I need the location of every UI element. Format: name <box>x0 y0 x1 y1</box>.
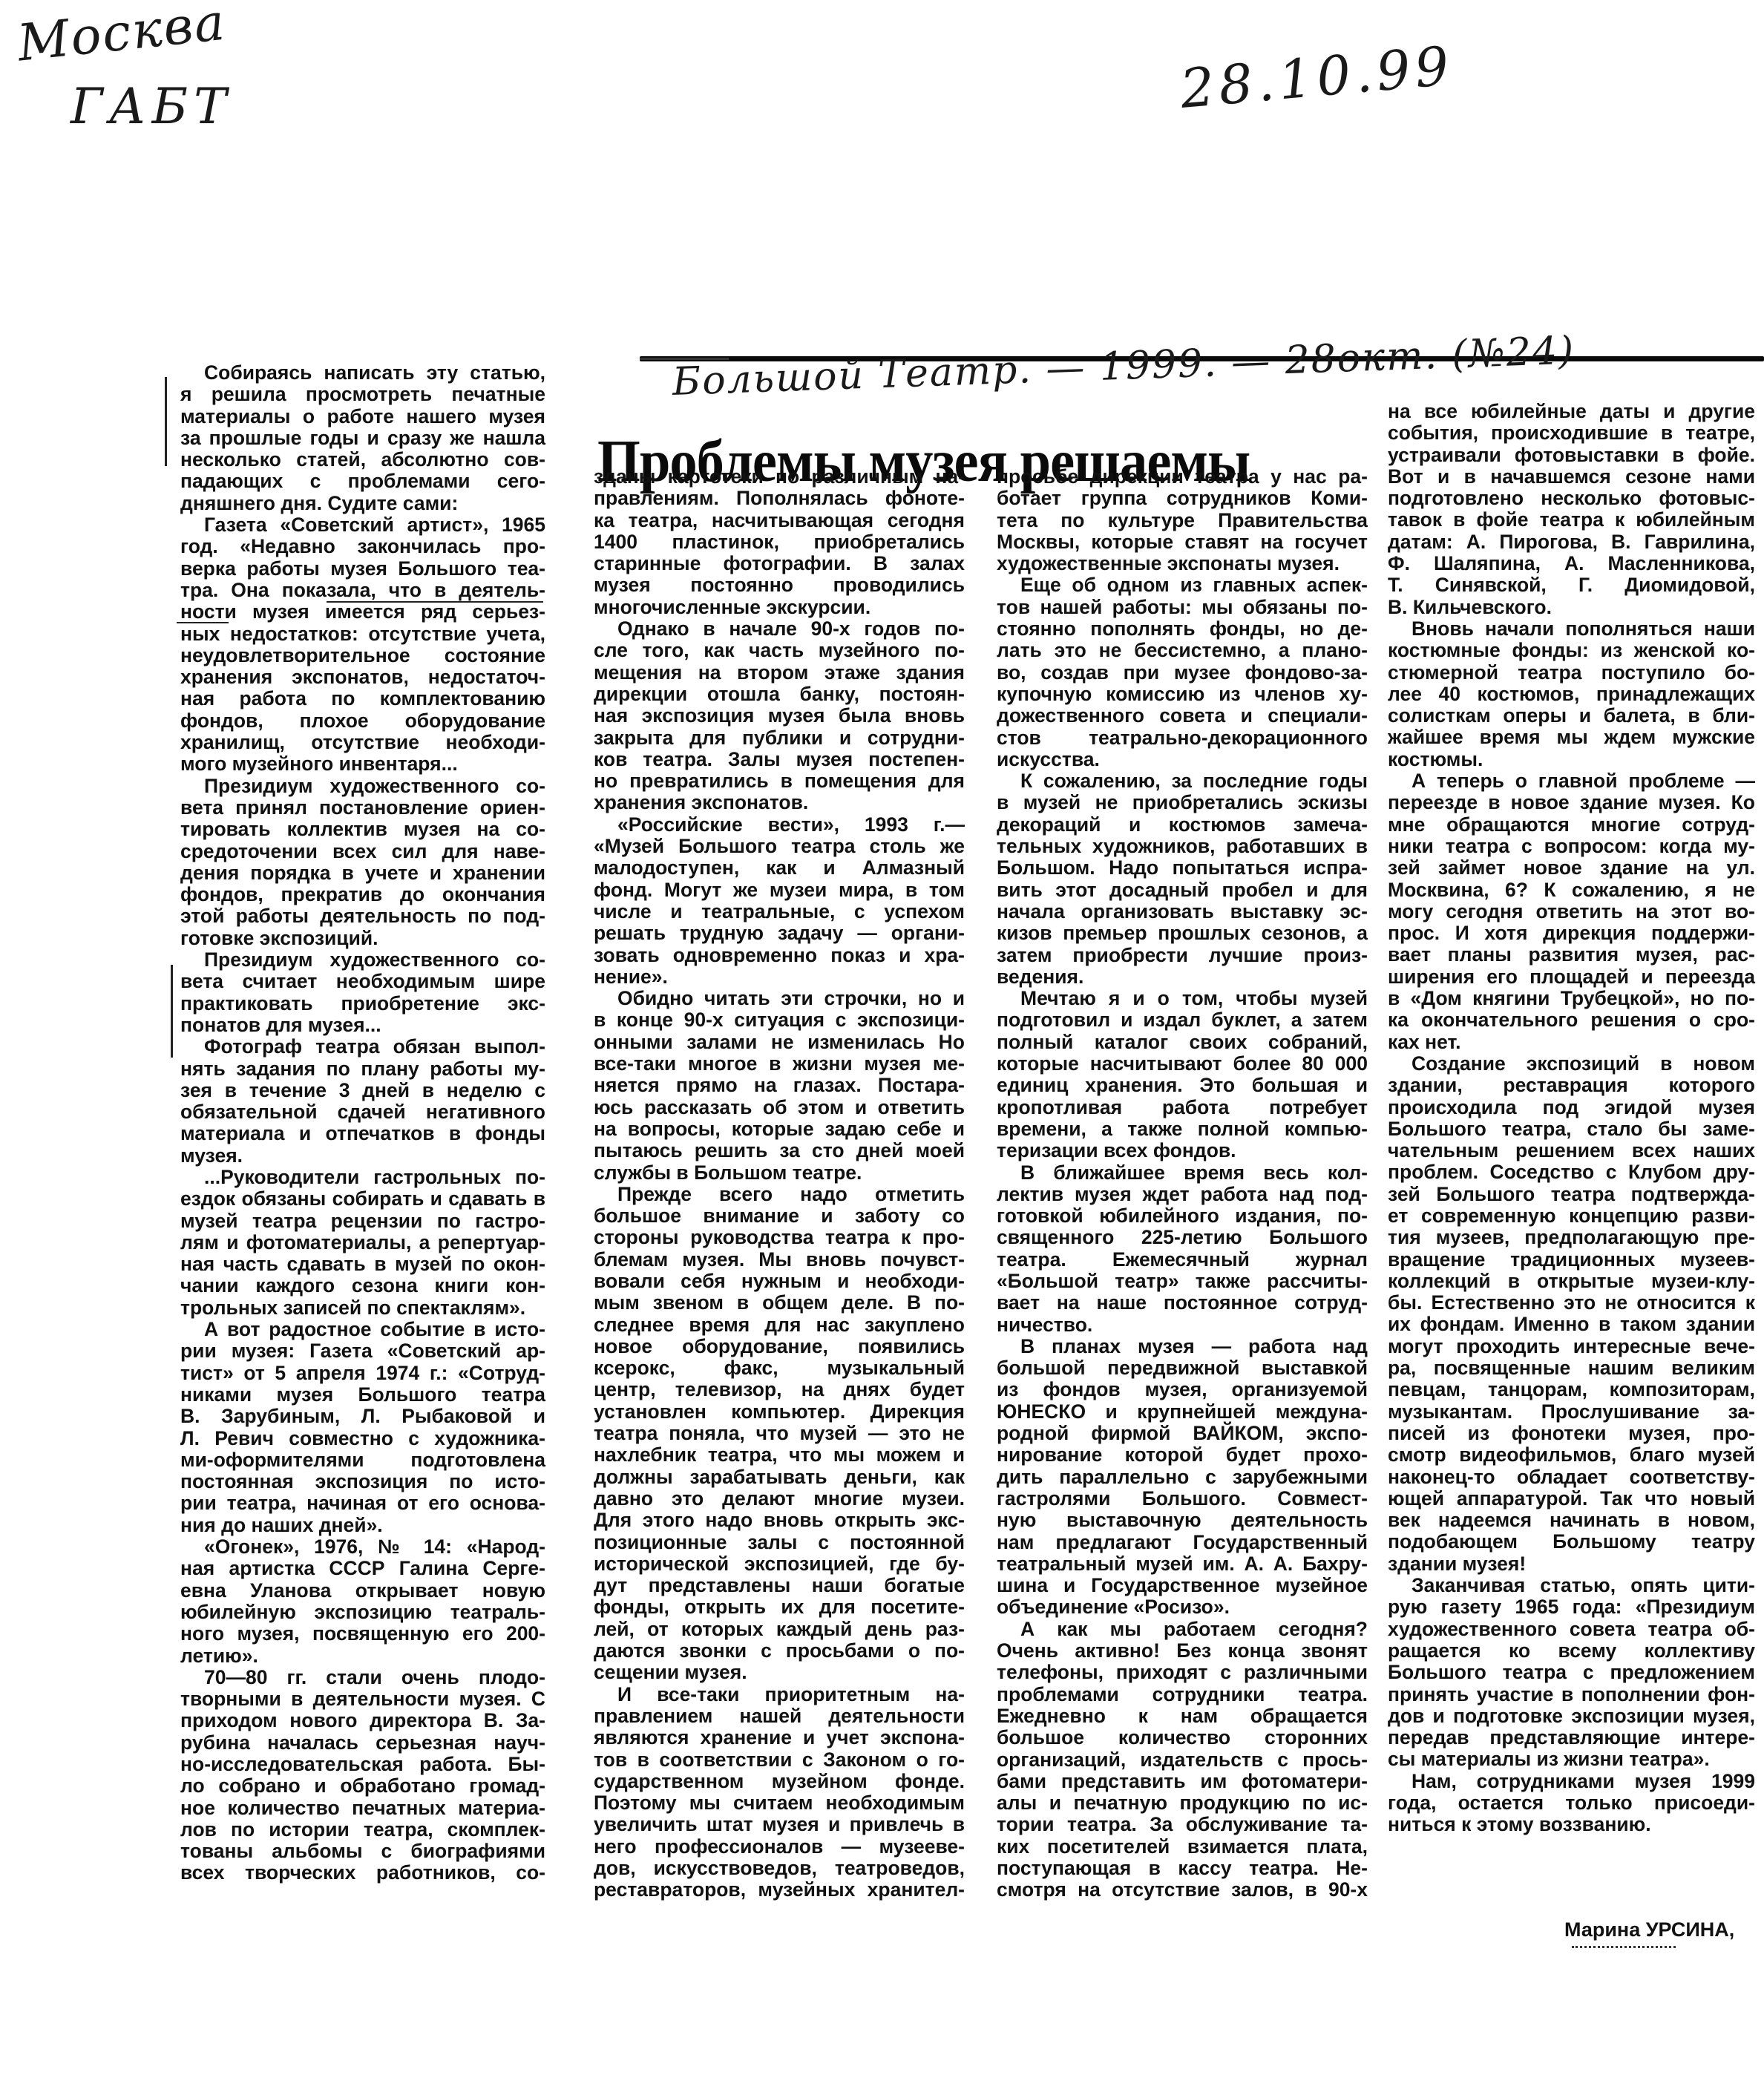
text-line: ми-оформителями подготовлена <box>180 1449 545 1471</box>
text-line: ширения его площадей и переезда <box>1388 966 1755 988</box>
text-line: подготовил и издал буклет, а затем <box>997 1009 1368 1031</box>
margin-mark <box>171 965 173 1058</box>
text-line: приходом нового директора В. За- <box>180 1710 545 1731</box>
text-line: ка театра, насчитывающая сегодня <box>594 510 965 531</box>
text-line: их фондам. Именно в таком здании <box>1388 1314 1755 1335</box>
text-line: верка работы музея Большого теа- <box>180 558 545 580</box>
text-line: театральный музей им. А. А. Бахру- <box>997 1553 1368 1575</box>
text-line: позиционные залы с постоянной <box>594 1532 965 1553</box>
text-line: Ежедневно к нам обращается <box>997 1705 1368 1727</box>
text-line: единиц хранения. Это большая и <box>997 1075 1368 1096</box>
text-line: являются хранение и учет экспона- <box>594 1727 965 1748</box>
text-line: из фондов музея, организуемой <box>997 1379 1368 1400</box>
text-line: ...Руководители гастрольных по- <box>180 1167 545 1188</box>
text-line: года, остается только присоеди- <box>1388 1792 1755 1814</box>
text-line: службы в Большом театре. <box>594 1162 965 1184</box>
text-line: шина и Государственное музейное <box>997 1575 1368 1596</box>
text-line: за прошлые годы и сразу же нашла <box>180 427 545 449</box>
text-line: художественные экспонаты музея. <box>997 553 1368 574</box>
text-line: происходила под эгидой музея <box>1388 1097 1755 1118</box>
text-line: ков театра. Залы музея постепен- <box>594 749 965 770</box>
text-line: следнее время для нас закуплено <box>594 1314 965 1336</box>
text-line: малодоступен, как и Алмазный <box>594 857 965 879</box>
article-column-4: на все юбилейные даты и другиесобытия, п… <box>1388 401 1755 1836</box>
text-line: В планах музея — работа над <box>997 1336 1368 1357</box>
text-line: вращение традиционных музеев- <box>1388 1249 1755 1271</box>
text-line: Обидно читать эти строчки, но и <box>594 988 965 1009</box>
text-line: музея постоянно проводились <box>594 574 965 596</box>
text-line: Газета «Советский артист», 1965 <box>180 514 545 536</box>
text-line: дирекции отошла банку, постоян- <box>594 684 965 705</box>
text-line: нам предлагают Государственный <box>997 1532 1368 1553</box>
text-line: во, создав при музее фондово-за- <box>997 662 1368 684</box>
text-line: но превратились в помещения для <box>594 770 965 792</box>
text-line: «Большой театр» также рассчиты- <box>997 1271 1368 1292</box>
text-line: увеличить штат музея и привлечь в <box>594 1814 965 1835</box>
text-line: несколько статей, абсолютно сов- <box>180 449 545 471</box>
text-line: Еще об одном из главных аспек- <box>997 574 1368 596</box>
text-line: музыкантам. Прослушивание за- <box>1388 1401 1755 1423</box>
text-line: священного 225-летию Большого <box>997 1227 1368 1248</box>
text-line: тории театра. За обслуживание та- <box>997 1814 1368 1835</box>
text-line: ет современную концепцию разви- <box>1388 1205 1755 1227</box>
text-line: век надеемся начинать в новом, <box>1388 1510 1755 1531</box>
text-line: всех творческих работников, со- <box>180 1862 545 1884</box>
text-line: даются звонки с просьбами о по- <box>594 1640 965 1662</box>
text-line: И все-таки приоритетным на- <box>594 1684 965 1705</box>
text-line: чании каждого сезона книги кон- <box>180 1275 545 1297</box>
text-line: жайшее время мы ждем мужские <box>1388 727 1755 748</box>
text-line: чательным решением всех наших <box>1388 1140 1755 1161</box>
text-line: кизов премьер прошлых сезонов, а <box>997 922 1368 944</box>
text-line: хранения экспонатов, недостаточ- <box>180 666 545 688</box>
text-line: тист» от 5 апреля 1974 г.: «Сотруд- <box>180 1363 545 1384</box>
text-line: хранилищ, отсутствие необходи- <box>180 732 545 753</box>
text-line: неудовлетворительное состояние <box>180 645 545 666</box>
text-line: лектив музея ждет работа над под- <box>997 1184 1368 1205</box>
text-line: ка окончательного решения о сро- <box>1388 1009 1755 1031</box>
text-line: ких посетителей взимается плата, <box>997 1836 1368 1858</box>
text-line: зовать одновременно показ и хра- <box>594 945 965 966</box>
text-line: передав представляющие интере- <box>1388 1727 1755 1748</box>
text-line: материала и отпечатков в фонды <box>180 1123 545 1144</box>
text-line: писей из фонотеки музея, про- <box>1388 1423 1755 1444</box>
text-line: ного музея, посвященную его 200- <box>180 1623 545 1645</box>
text-line: Нам, сотрудниками музея 1999 <box>1388 1771 1755 1792</box>
text-line: Для этого надо вновь открыть экс- <box>594 1510 965 1531</box>
text-line: дут представлены наши богатые <box>594 1575 965 1596</box>
text-line: Вот и в начавшемся сезоне нами <box>1388 466 1755 488</box>
text-line: старинные фотографии. В залах <box>594 553 965 574</box>
text-line: 1400 пластинок, приобретались <box>594 531 965 553</box>
article-column-2: зданы картотеки по различным на-правлени… <box>594 466 965 1901</box>
text-line: Т. Синявской, Г. Диомидовой, <box>1388 574 1755 596</box>
text-line: ЮНЕСКО и крупнейшей междуна- <box>997 1401 1368 1423</box>
text-line: коллекций в открытые музеи-клу- <box>1388 1271 1755 1292</box>
text-line: рии музея: Газета «Советский ар- <box>180 1340 545 1362</box>
article-column-1: Собираясь написать эту статью,я решила п… <box>180 362 545 1884</box>
text-line: театра поняла, что музей — это не <box>594 1423 965 1444</box>
text-line: Ф. Шаляпина, А. Масленникова, <box>1388 553 1755 574</box>
handwritten-organization: ГАБТ <box>71 78 232 135</box>
text-line: времени, а также полной компью- <box>997 1118 1368 1140</box>
text-line: должны зарабатывать деньги, как <box>594 1466 965 1488</box>
text-line: ло собрано и обработано громад- <box>180 1775 545 1797</box>
text-line: ведения. <box>997 966 1368 988</box>
text-line: могут проходить интересные вече- <box>1388 1336 1755 1357</box>
text-line: Большого театра с предложением <box>1388 1662 1755 1683</box>
text-line: я решила просмотреть печатные <box>180 384 545 405</box>
text-line: ксерокс, факс, музыкальный <box>594 1357 965 1379</box>
text-line: юбилейную экспозицию театраль- <box>180 1602 545 1623</box>
text-line: костюмы. <box>1388 749 1755 770</box>
text-line: этой работы деятельность по под- <box>180 905 545 927</box>
text-line: пытаюсь решить за сто дней моей <box>594 1140 965 1161</box>
text-line: никами музея Большого театра <box>180 1384 545 1406</box>
text-line: сле того, как часть музейного по- <box>594 640 965 661</box>
text-line: зей займет новое здание на ул. <box>1388 857 1755 879</box>
text-line: 70—80 гг. стали очень плодо- <box>180 1667 545 1688</box>
text-line: в «Дом княгини Трубецкой», но по- <box>1388 988 1755 1009</box>
text-line: год. «Недавно закончилась про- <box>180 536 545 557</box>
text-line: вета считает необходимым шире <box>180 971 545 992</box>
text-line: лей, от которых каждый день раз- <box>594 1619 965 1640</box>
text-line: тованы альбомы с биографиями <box>180 1841 545 1862</box>
text-line: тета по культуре Правительства <box>997 510 1368 531</box>
text-line: на вопросы, которые задаю себе и <box>594 1118 965 1140</box>
text-line: гастролями Большого. Совмест- <box>997 1488 1368 1510</box>
text-line: зданы картотеки по различным на- <box>594 466 965 488</box>
text-line: начала организовать выставку эс- <box>997 901 1368 922</box>
text-line: В. Кильчевского. <box>1388 597 1755 618</box>
text-line: обязательной сдачей негативного <box>180 1101 545 1123</box>
text-line: алы и печатную продукцию по ис- <box>997 1792 1368 1814</box>
text-line: Президиум художественного со- <box>180 776 545 797</box>
text-line: датам: А. Пирогова, В. Гаврилина, <box>1388 531 1755 553</box>
text-line: тия музеев, предполагающую пре- <box>1388 1227 1755 1248</box>
text-line: ники театра с вопросом: когда му- <box>1388 836 1755 857</box>
text-line: трольных записей по спектаклям». <box>180 1297 545 1319</box>
text-line: певцам, танцорам, композиторам, <box>1388 1379 1755 1400</box>
text-line: подобающем Большому театру <box>1388 1531 1755 1553</box>
text-line: купочную комиссию из членов ху- <box>997 684 1368 705</box>
text-line: лям и фотоматериалы, а репертуар- <box>180 1232 545 1253</box>
text-line: вает на наше постоянное сотруд- <box>997 1292 1368 1314</box>
text-line: няется прямо на глазах. Постара- <box>594 1075 965 1096</box>
text-line: реставраторов, музейных хранител- <box>594 1879 965 1901</box>
text-line: ное количество печатных материа- <box>180 1797 545 1819</box>
text-line: нение». <box>594 966 965 988</box>
text-line: большой передвижной выставкой <box>997 1357 1368 1379</box>
text-line: лать это не бессистемно, а плано- <box>997 640 1368 661</box>
text-line: Прежде всего надо отметить <box>594 1184 965 1205</box>
text-line: лов по истории театра, скомплек- <box>180 1819 545 1841</box>
text-line: большое количество сторонних <box>997 1727 1368 1748</box>
text-line: ная экспозиция музея была вновь <box>594 705 965 727</box>
text-line: творными в деятельности музея. С <box>180 1688 545 1710</box>
text-line: музея. <box>180 1145 545 1167</box>
text-line: в музей не приобретались эскизы <box>997 792 1368 813</box>
text-line: могу сегодня ответить на этот во- <box>1388 901 1755 922</box>
text-line: декораций и костюмов замеча- <box>997 814 1368 836</box>
text-line: тов нашей работы: мы обязаны по- <box>997 597 1368 618</box>
text-line: фонд. Могут же музеи мира, в том <box>594 879 965 901</box>
text-line: готовкой юбилейного издания, по- <box>997 1205 1368 1227</box>
text-line: А вот радостное событие в исто- <box>180 1319 545 1340</box>
text-line: вовали себя нужным и необходи- <box>594 1271 965 1292</box>
text-line: него профессионалов — музееве- <box>594 1836 965 1858</box>
text-line: Вновь начали пополняться наши <box>1388 618 1755 640</box>
text-line: А теперь о главной проблеме — <box>1388 770 1755 792</box>
text-line: вает планы развития музея, рас- <box>1388 944 1755 966</box>
text-line: мне обращаются многие сотруд- <box>1388 814 1755 836</box>
text-line: Поэтому мы считаем необходимым <box>594 1792 965 1814</box>
text-line: давно это делают многие музеи. <box>594 1488 965 1510</box>
text-line: летию». <box>180 1645 545 1667</box>
text-line: «Огонек», 1976, № 14: «Народ- <box>180 1536 545 1558</box>
text-line: дения порядка в учете и хранении <box>180 862 545 884</box>
text-line: большое внимание и заботу со <box>594 1205 965 1227</box>
text-line: проблем. Соседство с Клубом дру- <box>1388 1161 1755 1183</box>
text-line: сы материалы из жизни театра». <box>1388 1748 1755 1770</box>
text-line: падающих с проблемами сего- <box>180 471 545 492</box>
text-line: наконец-то обладает соответству- <box>1388 1466 1755 1488</box>
text-line: художественного совета театра об- <box>1388 1619 1755 1640</box>
text-line: объединение «Росизо». <box>997 1596 1368 1618</box>
text-line: ниться к этому воззванию. <box>1388 1814 1755 1835</box>
text-line: Л. Ревич совместно с художника- <box>180 1428 545 1449</box>
text-line: но-исследовательская работа. Бы- <box>180 1754 545 1775</box>
text-line: онными залами не изменилась Но <box>594 1032 965 1053</box>
text-line: на все юбилейные даты и другие <box>1388 401 1755 422</box>
text-line: мым звеном в общем деле. В по- <box>594 1292 965 1314</box>
text-line: евна Уланова открывает новую <box>180 1580 545 1602</box>
text-line: костюмные фонды: из женской ко- <box>1388 640 1755 661</box>
text-line: зея в течение 3 дней в неделю с <box>180 1080 545 1101</box>
text-line: ния до наших дней». <box>180 1515 545 1536</box>
text-line: стоянно пополнять фонды, но де- <box>997 618 1368 640</box>
text-line: рии театра, начиная от его основа- <box>180 1492 545 1514</box>
text-line: тавок в фойе театра к юбилейным <box>1388 509 1755 531</box>
text-line: ботает группа сотрудников Коми- <box>997 488 1368 509</box>
text-line: ках нет. <box>1388 1032 1755 1053</box>
text-line: дожественного совета и специали- <box>997 705 1368 727</box>
text-line: полный каталог своих собраний, <box>997 1032 1368 1053</box>
text-line: ных недостатков: отсутствие учета, <box>180 623 545 645</box>
text-line: Собираясь написать эту статью, <box>180 362 545 384</box>
text-line: новое оборудование, появились <box>594 1336 965 1357</box>
text-line: сударственном музейном фонде. <box>594 1771 965 1792</box>
text-line: просьбе дирекции театра у нас ра- <box>997 466 1368 488</box>
text-line: здании музея! <box>1388 1553 1755 1575</box>
handwritten-source-note: Большой Театр. — 1999. — 28окт. (№24) <box>672 329 1576 404</box>
text-line: кропотливая работа потребует <box>997 1097 1368 1118</box>
text-line: Однако в начале 90-х годов по- <box>594 618 965 640</box>
text-line: блемам музея. Мы вновь почувст- <box>594 1249 965 1271</box>
handwritten-city: Москва <box>15 0 229 73</box>
text-line: театра. Ежемесячный журнал <box>997 1249 1368 1271</box>
text-line: родной фирмой ВАЙКОМ, экспо- <box>997 1423 1368 1444</box>
text-line: тельных художников, работавших в <box>997 836 1368 857</box>
text-line: в конце 90-х ситуация с экспозици- <box>594 1009 965 1031</box>
text-line: постоянная экспозиция по исто- <box>180 1471 545 1492</box>
text-line: ную выставочную деятельность <box>997 1510 1368 1531</box>
text-line: Президиум художественного со- <box>180 949 545 971</box>
text-line: многочисленные экскурсии. <box>594 597 965 618</box>
text-line: теризации всех фондов. <box>997 1140 1368 1161</box>
text-line: фондов, плохое оборудование <box>180 710 545 732</box>
text-line: зей Большого театра подтвержда- <box>1388 1184 1755 1205</box>
text-line: прос. И хотя дирекция поддержи- <box>1388 922 1755 944</box>
text-line: затем приобрести лучшие произ- <box>997 945 1368 966</box>
text-line: В. Зарубиным, Л. Рыбаковой и <box>180 1406 545 1427</box>
text-line: нирование которой будет прохо- <box>997 1444 1368 1466</box>
text-line: «Музей Большого театра столь же <box>594 836 965 857</box>
text-line: переезде в новое здание музея. Ко <box>1388 792 1755 813</box>
text-line: фонды, открыть их для посетите- <box>594 1596 965 1618</box>
text-line: ная часть сдавать в музей по окон- <box>180 1253 545 1275</box>
text-line: смотр видеофильмов, благо музей <box>1388 1444 1755 1466</box>
text-line: вить этот досадный пробел и для <box>997 879 1368 901</box>
text-line: ра, посвященные нашим великим <box>1388 1357 1755 1379</box>
text-line: дить параллельно с зарубежными <box>997 1466 1368 1488</box>
text-line: Москвина, 6? К сожалению, я не <box>1388 879 1755 901</box>
text-line: ная работа по комплектованию <box>180 688 545 709</box>
text-line: Очень активно! Без конца звонят <box>997 1640 1368 1662</box>
text-line: все-таки многое в жизни музея ме- <box>594 1053 965 1075</box>
text-line: ющей аппаратурой. Так что новый <box>1388 1488 1755 1510</box>
text-line: А как мы работаем сегодня? <box>997 1619 1368 1640</box>
text-line: музей театра рецензии по гастро- <box>180 1210 545 1232</box>
text-line: бы. Естественно это не относится к <box>1388 1292 1755 1314</box>
text-line: материалы о работе нашего музея <box>180 406 545 427</box>
text-line: правлением нашей деятельности <box>594 1705 965 1727</box>
text-line: ращается ко всему коллективу <box>1388 1640 1755 1662</box>
text-line: бами представить им фотоматери- <box>997 1771 1368 1792</box>
text-line: нахлебник театра, что мы можем и <box>594 1444 965 1466</box>
text-line: события, происходившие в театре, <box>1388 422 1755 444</box>
text-line: решать трудную задачу — органи- <box>594 922 965 944</box>
text-line: мого музейного инвентаря... <box>180 753 545 775</box>
text-line: фондов, прекратив до окончания <box>180 884 545 905</box>
text-line: понатов для музея... <box>180 1015 545 1036</box>
text-line: поступающая в кассу театра. Не- <box>997 1858 1368 1879</box>
author-title-cutoff <box>1572 1946 1676 1951</box>
text-line: Большом. Надо попытаться испра- <box>997 857 1368 879</box>
text-line: солисткам оперы и балета, в бли- <box>1388 705 1755 727</box>
text-line: дов и подготовке экспозиции музея, <box>1388 1705 1755 1727</box>
text-line: лее 40 костюмов, принадлежащих <box>1388 684 1755 705</box>
margin-mark <box>165 377 167 466</box>
text-line: мещения на втором этаже здания <box>594 662 965 684</box>
text-line: готовке экспозиций. <box>180 928 545 949</box>
text-line: Создание экспозиций в новом <box>1388 1053 1755 1075</box>
text-line: хранения экспонатов. <box>594 792 965 813</box>
text-line: практиковать приобретение экс- <box>180 993 545 1015</box>
handwritten-date: 28.10.99 <box>1178 34 1456 120</box>
text-line: К сожалению, за последние годы <box>997 770 1368 792</box>
text-line: рубина началась серьезная науч- <box>180 1732 545 1754</box>
text-line: В ближайшее время весь кол- <box>997 1162 1368 1184</box>
text-line: сещении музея. <box>594 1662 965 1683</box>
text-line: здании, реставрация которого <box>1388 1075 1755 1096</box>
article-column-3: просьбе дирекции театра у нас ра-ботает … <box>997 466 1368 1901</box>
text-line: числе и театральные, с успехом <box>594 901 965 922</box>
text-line: правлениям. Пополнялась фоноте- <box>594 488 965 509</box>
text-line: ездок обязаны собирать и сдавать в <box>180 1188 545 1210</box>
text-line: дов, искусствоведов, театроведов, <box>594 1858 965 1879</box>
text-line: установлен компьютер. Дирекция <box>594 1401 965 1423</box>
text-line: которые насчитывают более 80 000 <box>997 1053 1368 1075</box>
text-line: ничество. <box>997 1314 1368 1336</box>
text-line: тов в соответствии с Законом о го- <box>594 1749 965 1771</box>
text-line: стороны руководства театра к про- <box>594 1227 965 1248</box>
text-line: закрыта для публики и сотрудни- <box>594 727 965 749</box>
text-line: нять задания по плану работы му- <box>180 1058 545 1080</box>
text-line: телефоны, приходят с различными <box>997 1662 1368 1683</box>
text-line: подготовлено несколько фотовыс- <box>1388 488 1755 509</box>
text-line: тировать коллектив музея на со- <box>180 819 545 840</box>
text-line: ности музея имеется ряд серьез- <box>180 601 545 623</box>
text-line: исторической экспозицией, где бу- <box>594 1553 965 1575</box>
text-line: Заканчивая статью, опять цити- <box>1388 1575 1755 1596</box>
text-line: центр, телевизор, на днях будет <box>594 1379 965 1400</box>
text-line: организаций, издательств с прось- <box>997 1749 1368 1771</box>
text-line: Мечтаю я и о том, чтобы музей <box>997 988 1368 1009</box>
author-signature: Марина УРСИНА, <box>1564 1918 1734 1941</box>
text-line: Большого театра, стало бы заме- <box>1388 1118 1755 1140</box>
text-line: проблемами сотрудники театра. <box>997 1684 1368 1705</box>
text-line: рую газету 1965 года: «Президиум <box>1388 1596 1755 1618</box>
text-line: принять участие в пополнении фон- <box>1388 1684 1755 1705</box>
text-line: Фотограф театра обязан выпол- <box>180 1036 545 1058</box>
text-line: тра. Она показала, что в деятель- <box>180 580 545 601</box>
text-line: смотря на отсутствие залов, в 90-х <box>997 1879 1368 1901</box>
text-line: стов театрально-декорационного <box>997 727 1368 749</box>
text-line: дняшнего дня. Судите сами: <box>180 493 545 514</box>
text-line: средоточении всех сил для наве- <box>180 841 545 862</box>
text-line: юсь рассказать об этом и ответить <box>594 1097 965 1118</box>
text-line: ная артистка СССР Галина Серге- <box>180 1558 545 1579</box>
text-line: Москвы, которые ставят на госучет <box>997 531 1368 553</box>
text-line: стюмерной театра поступило бо- <box>1388 662 1755 684</box>
text-line: «Российские вести», 1993 г.— <box>594 814 965 836</box>
text-line: искусства. <box>997 749 1368 770</box>
text-line: вета принял постановление ориен- <box>180 797 545 819</box>
text-line: устраивали фотовыставки в фойе. <box>1388 445 1755 466</box>
